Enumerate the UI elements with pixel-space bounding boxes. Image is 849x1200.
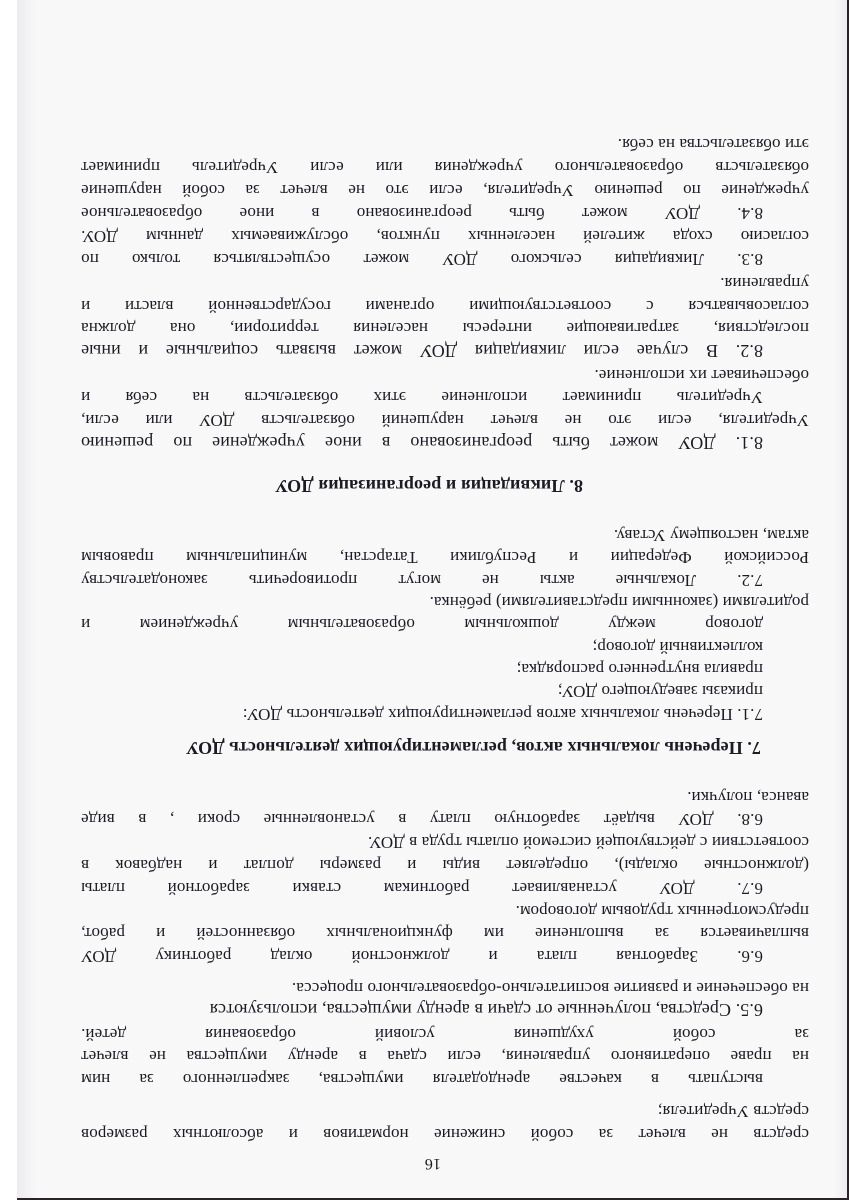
section-heading-8: 8. Ликвидация и реорганизация ДОУ <box>275 475 583 496</box>
text-line: 6.7. ДОУ устанавливает работникам ставки… <box>81 878 763 898</box>
text-line: Российской Федерации и Республики Татарс… <box>81 547 809 567</box>
text-line: на праве оперативного управления, если с… <box>81 1046 809 1066</box>
text-line: обеспечивает их исполнение. <box>594 365 809 385</box>
text-line: выплачивается за выполнение им функциона… <box>81 923 809 943</box>
text-line: эти обязательства на себя. <box>618 134 809 154</box>
text-line: 8.2. В случае если ликвидация ДОУ может … <box>81 340 763 361</box>
text-line: 8.3. Ликвидация сельского ДОУ может осущ… <box>81 249 763 269</box>
text-line: на обеспечение и развитие воспитательно-… <box>292 978 809 998</box>
text-line: согласию схода жителей населенных пункто… <box>81 226 809 246</box>
text-line: средств не влечет за собой снижение норм… <box>81 1124 809 1144</box>
text-line: выступать в качестве арендодателя имущес… <box>81 1069 763 1089</box>
text-line: согласовываться с соответствующими орган… <box>81 296 809 316</box>
scan-edge <box>0 0 17 1200</box>
text-line: предусмотренных трудовым договором. <box>516 901 809 921</box>
text-line: родителями (законными представителями) р… <box>430 592 809 612</box>
text-line: обязательств образовательного учреждения… <box>81 157 809 177</box>
list-item: коллективный договор; <box>592 637 763 657</box>
text-line: средств Учредителя; <box>658 1101 809 1121</box>
text-line: управления. <box>720 273 809 293</box>
text-line: 7.2. Локальные акты не могут противоречи… <box>81 570 763 590</box>
text-line: 6.6. Заработная плата и должностной окла… <box>81 946 763 966</box>
text-line: аванса, получки. <box>687 787 809 807</box>
text-line: (должностные оклады), определяет виды и … <box>81 855 809 875</box>
list-item: правила внутреннего распорядка; <box>517 659 763 679</box>
list-item: договор между дошкольным образовательным… <box>81 614 763 634</box>
text-line: учреждение по решению Учредителя, если э… <box>81 180 809 200</box>
text-line: 6.5. Средства, полученные от сдачи в аре… <box>210 999 763 1020</box>
text-line: Учредителя, если это не влечет нарушений… <box>81 410 809 430</box>
page-number: 16 <box>425 1154 441 1172</box>
text-line: 8.1. ДОУ может быть реорганизовано в ино… <box>81 432 763 453</box>
text-line: 7.1. Перечень локальных актов регламенти… <box>243 704 763 724</box>
text-line: Учредитель принимает исполнение этих обя… <box>81 387 763 407</box>
text-line: последствия, затрагивающие интересы насе… <box>81 318 809 338</box>
text-line: актам, настоящему Уставу. <box>614 525 809 545</box>
text-line: 8.4. ДОУ может быть реорганизовано в ино… <box>81 203 763 223</box>
text-line: за собой ухудшения условий образования д… <box>81 1024 809 1044</box>
list-item: приказы заведующего ДОУ; <box>558 681 763 701</box>
text-line: соответствии с действующей системой опла… <box>368 832 809 852</box>
text-line: 6.8. ДОУ выдаёт заработную плату в устан… <box>81 809 763 829</box>
rotated-scanned-page: 16 средств не влечет за собой снижение н… <box>0 0 849 1200</box>
section-heading-7: 7. Перечень локальных актов, регламентир… <box>186 737 761 758</box>
